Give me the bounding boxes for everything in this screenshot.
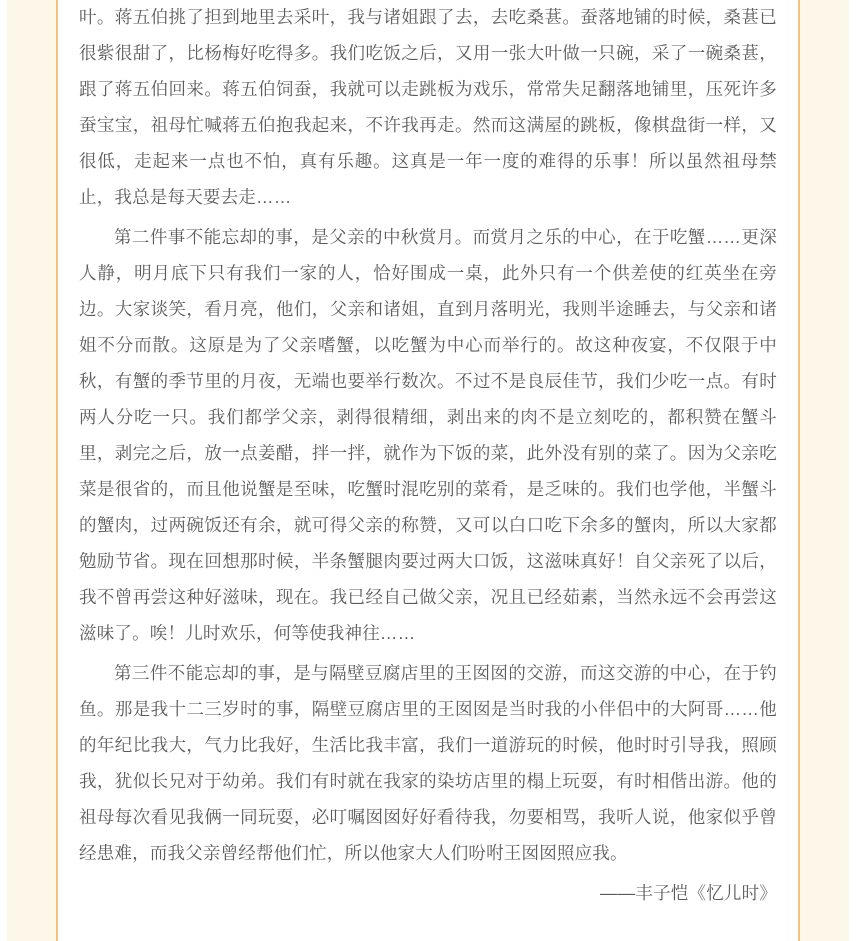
paragraph-sericulture: 叶。蒋五伯挑了担到地里去采叶，我与诸姐跟了去，去吃桑葚。蚕落地铺的时候，桑葚已很… xyxy=(79,0,777,215)
page-margin-band: 叶。蒋五伯挑了担到地里去采叶，我与诸姐跟了去，去吃桑葚。蚕落地铺的时候，桑葚已很… xyxy=(7,0,849,941)
attribution-author-title: ——丰子恺《忆儿时》 xyxy=(79,875,777,911)
article-card: 叶。蒋五伯挑了担到地里去采叶，我与诸姐跟了去，去吃桑葚。蚕落地铺的时候，桑葚已很… xyxy=(56,0,800,941)
paragraph-mid-autumn-crab: 第二件事不能忘却的事，是父亲的中秋赏月。而赏月之乐的中心，在于吃蟹……更深人静，… xyxy=(79,219,777,651)
paragraph-wang-nannan-fishing: 第三件不能忘却的事，是与隔壁豆腐店里的王囡囡的交游，而这交游的中心，在于钓鱼。那… xyxy=(79,655,777,871)
